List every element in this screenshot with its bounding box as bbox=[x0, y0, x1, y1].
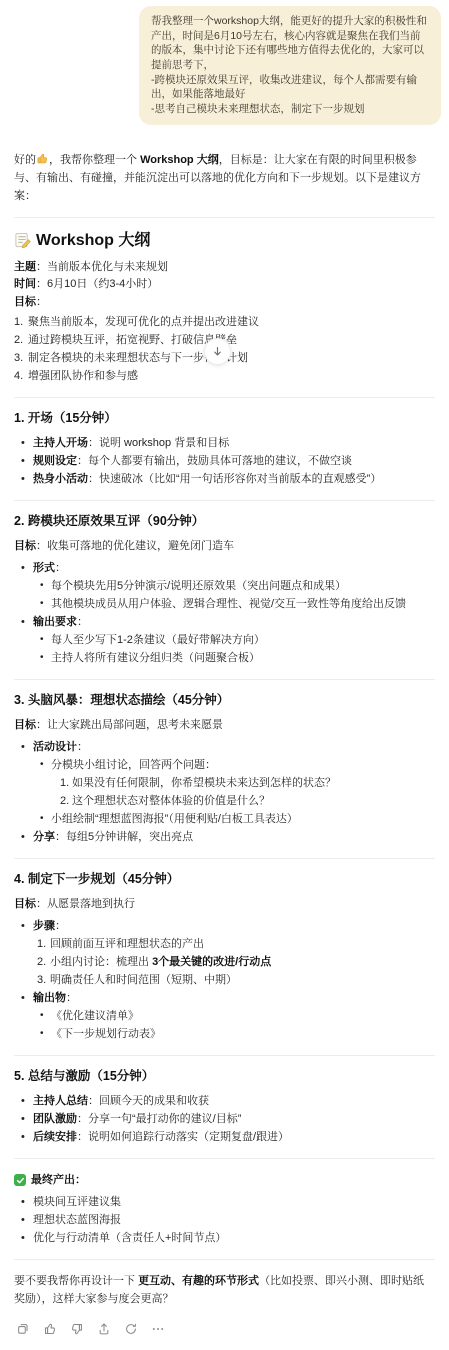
bullet-list: 主持人总结：回顾今天的成果和收获 团队激励：分享一句“最打动你的建议/目标” 后… bbox=[14, 1092, 435, 1146]
sub-bullet-list: 《优化建议清单》 《下一步规划行动表》 bbox=[14, 1007, 435, 1043]
section-heading: 5. 总结与激励（15分钟） bbox=[14, 1068, 435, 1085]
user-message-row: 帮我整理一个workshop大纲，能更好的提升大家的积极性和产出，时间是6月10… bbox=[0, 0, 449, 125]
bullet-text: ： bbox=[77, 741, 88, 753]
bullet-label: 后续安排 bbox=[33, 1131, 77, 1143]
outline-title-text: Workshop 大纲 bbox=[36, 231, 150, 251]
outline-title: Workshop 大纲 bbox=[14, 231, 435, 251]
user-message-line: 帮我整理一个workshop大纲，能更好的提升大家的积极性和产出，时间是6月10… bbox=[151, 14, 429, 73]
sub-bullet-item: 其他模块成员从用户体验、逻辑合理性、视觉/交互一致性等角度给出反馈 bbox=[14, 595, 435, 613]
thumbs-up-emoji bbox=[36, 152, 49, 165]
copy-button[interactable] bbox=[14, 1320, 32, 1338]
bullet-item: 团队激励：分享一句“最打动你的建议/目标” bbox=[14, 1110, 435, 1128]
regenerate-button[interactable] bbox=[122, 1320, 140, 1338]
bullet-text: ：每个人都要有输出，鼓励具体可落地的建议，不做空谈 bbox=[77, 455, 352, 467]
bullet-list: 形式： bbox=[14, 559, 435, 577]
bullet-item: 规则设定：每个人都要有输出，鼓励具体可落地的建议，不做空谈 bbox=[14, 452, 435, 470]
goal-label: 目标 bbox=[14, 898, 36, 910]
divider bbox=[14, 500, 435, 501]
share-icon bbox=[97, 1322, 111, 1336]
sub-bullet-item: 小组绘制“理想蓝图海报”（用便利贴/白板工具表达） bbox=[14, 810, 435, 828]
bullet-item: 分享：每组5分钟讲解，突出亮点 bbox=[14, 828, 435, 846]
final-output-label-wrap: 最终产出： bbox=[31, 1171, 86, 1189]
step-bold-text: 3个最关键的改进/行动点 bbox=[152, 956, 271, 968]
bullet-text: ：说明如何追踪行动落实（定期复盘/跟进） bbox=[77, 1131, 289, 1143]
thumbs-up-icon bbox=[43, 1322, 57, 1336]
divider bbox=[14, 858, 435, 859]
meta-value: ：6月10日（约3-4小时） bbox=[36, 278, 158, 290]
meta-goal: 目标： bbox=[14, 294, 435, 312]
bullet-text: ：每组5分钟讲解，突出亮点 bbox=[55, 831, 193, 843]
meta-label: 目标 bbox=[14, 296, 36, 308]
bullet-item: 理想状态蓝图海报 bbox=[14, 1211, 435, 1229]
bullet-list: 步骤： bbox=[14, 917, 435, 935]
question-item: 如果没有任何限制，你希望模块未来达到怎样的状态？ bbox=[14, 774, 435, 792]
bullet-text: ： bbox=[77, 616, 88, 628]
bullet-item: 后续安排：说明如何追踪行动落实（定期复盘/跟进） bbox=[14, 1128, 435, 1146]
sub-bullet-list: 每个模块先用5分钟演示/说明还原效果（突出问题点和成果） 其他模块成员从用户体验… bbox=[14, 577, 435, 613]
sub-bullet-item: 分模块小组讨论，回答两个问题： bbox=[14, 756, 435, 774]
bullet-list: 主持人开场：说明 workshop 背景和目标 规则设定：每个人都要有输出，鼓励… bbox=[14, 434, 435, 488]
message-action-bar bbox=[0, 1308, 449, 1342]
regenerate-icon bbox=[124, 1322, 138, 1336]
sub-bullet-item: 每个模块先用5分钟演示/说明还原效果（突出问题点和成果） bbox=[14, 577, 435, 595]
sub-bullet-list: 小组绘制“理想蓝图海报”（用便利贴/白板工具表达） bbox=[14, 810, 435, 828]
outline-meta: 主题：当前版本优化与未来规划 时间：6月10日（约3-4小时） 目标： bbox=[14, 259, 435, 312]
divider bbox=[14, 1259, 435, 1260]
user-message-line: -思考自己模块未来理想状态，制定下一步规划 bbox=[151, 102, 429, 117]
more-icon bbox=[151, 1322, 165, 1336]
bullet-list: 模块间互评建议集 理想状态蓝图海报 优化与行动清单（含责任人+时间节点） bbox=[14, 1193, 435, 1247]
bullet-list: 活动设计： bbox=[14, 738, 435, 756]
sub-bullet-item: 主持人将所有建议分组归类（问题聚合板） bbox=[14, 649, 435, 667]
intro-text: 好的 bbox=[14, 154, 36, 166]
section-heading: 3. 头脑风暴：理想状态描绘（45分钟） bbox=[14, 692, 435, 709]
section-peer-review: 2. 跨模块还原效果互评（90分钟） 目标：收集可落地的优化建议，避免闭门造车 … bbox=[14, 513, 435, 667]
goal-text: ：从愿景落地到执行 bbox=[36, 898, 135, 910]
scroll-to-bottom-button[interactable] bbox=[204, 338, 231, 365]
closing-bold-text: 更互动、有趣的环节形式 bbox=[138, 1275, 259, 1287]
bullet-item: 形式： bbox=[14, 559, 435, 577]
bullet-label: 主持人总结 bbox=[33, 1095, 88, 1107]
sub-bullet-item: 《下一步规划行动表》 bbox=[14, 1025, 435, 1043]
bullet-item: 主持人开场：说明 workshop 背景和目标 bbox=[14, 434, 435, 452]
section-next-steps: 4. 制定下一步规划（45分钟） 目标：从愿景落地到执行 步骤： 回顾前面互评和… bbox=[14, 871, 435, 1043]
section-brainstorm: 3. 头脑风暴：理想状态描绘（45分钟） 目标：让大家跳出局部问题，思考未来愿景… bbox=[14, 692, 435, 846]
question-item: 这个理想状态对整体体验的价值是什么？ bbox=[14, 792, 435, 810]
thumbs-down-button[interactable] bbox=[68, 1320, 86, 1338]
meta-topic: 主题：当前版本优化与未来规划 bbox=[14, 259, 435, 277]
divider bbox=[14, 397, 435, 398]
bullet-item: 主持人总结：回顾今天的成果和收获 bbox=[14, 1092, 435, 1110]
intro-text: ，我帮你整理一个 bbox=[49, 154, 140, 166]
section-opening: 1. 开场（15分钟） 主持人开场：说明 workshop 背景和目标 规则设定… bbox=[14, 410, 435, 488]
assistant-message: 好的，我帮你整理一个 Workshop 大纲，目标是：让大家在有限的时间里积极参… bbox=[0, 151, 449, 1309]
bullet-text: ： bbox=[55, 562, 66, 574]
bullet-text: ：分享一句“最打动你的建议/目标” bbox=[77, 1113, 241, 1125]
user-message-line: -跨模块还原效果互评，收集改进建议，每个人都需要有输出，如果能落地最好 bbox=[151, 73, 429, 102]
meta-time: 时间：6月10日（约3-4小时） bbox=[14, 276, 435, 294]
bullet-label: 活动设计 bbox=[33, 741, 77, 753]
bullet-item: 优化与行动清单（含责任人+时间节点） bbox=[14, 1229, 435, 1247]
goal-item: 增强团队协作和参与感 bbox=[14, 367, 435, 385]
bullet-list: 分享：每组5分钟讲解，突出亮点 bbox=[14, 828, 435, 846]
goal-label: 目标 bbox=[14, 719, 36, 731]
bullet-item: 热身小活动：快速破冰（比如“用一句话形容你对当前版本的直观感受”） bbox=[14, 470, 435, 488]
intro-paragraph: 好的，我帮你整理一个 Workshop 大纲，目标是：让大家在有限的时间里积极参… bbox=[14, 151, 435, 205]
section-goal: 目标：收集可落地的优化建议，避免闭门造车 bbox=[14, 537, 435, 555]
bullet-item: 活动设计： bbox=[14, 738, 435, 756]
bullet-label: 团队激励 bbox=[33, 1113, 77, 1125]
section-heading: 4. 制定下一步规划（45分钟） bbox=[14, 871, 435, 888]
bullet-label: 输出物 bbox=[33, 992, 66, 1004]
sub-bullet-list: 分模块小组讨论，回答两个问题： bbox=[14, 756, 435, 774]
final-output-label: 最终产出 bbox=[31, 1174, 75, 1186]
goal-item: 聚焦当前版本，发现可优化的点并提出改进建议 bbox=[14, 313, 435, 331]
bullet-label: 主持人开场 bbox=[33, 437, 88, 449]
intro-bold-text: Workshop 大纲 bbox=[140, 154, 219, 166]
copy-icon bbox=[16, 1322, 30, 1336]
divider bbox=[14, 217, 435, 218]
goal-text: ：收集可落地的优化建议，避免闭门造车 bbox=[36, 540, 234, 552]
bullet-label: 输出要求 bbox=[33, 616, 77, 628]
bullet-label: 形式 bbox=[33, 562, 55, 574]
share-button[interactable] bbox=[95, 1320, 113, 1338]
bullet-text: ： bbox=[66, 992, 77, 1004]
meta-value: ：当前版本优化与未来规划 bbox=[36, 261, 168, 273]
step-item: 明确责任人和时间范围（短期、中期） bbox=[14, 971, 435, 989]
bullet-label: 分享 bbox=[33, 831, 55, 843]
bullet-label: 热身小活动 bbox=[33, 473, 88, 485]
bullet-label: 步骤 bbox=[33, 920, 55, 932]
final-output-colon: ： bbox=[75, 1174, 86, 1186]
bullet-list: 输出要求： bbox=[14, 613, 435, 631]
section-heading: 2. 跨模块还原效果互评（90分钟） bbox=[14, 513, 435, 530]
sub-bullet-list: 每人至少写下1-2条建议（最好带解决方向） 主持人将所有建议分组归类（问题聚合板… bbox=[14, 631, 435, 667]
closing-text: 要不要我帮你再设计一下 bbox=[14, 1275, 138, 1287]
closing-paragraph: 要不要我帮你再设计一下 更互动、有趣的环节形式（比如投票、即兴小测、即时贴纸奖励… bbox=[14, 1272, 435, 1308]
step-text: 小组内讨论：梳理出 bbox=[50, 956, 152, 968]
step-item: 小组内讨论：梳理出 3个最关键的改进/行动点 bbox=[14, 953, 435, 971]
final-output-heading: 最终产出： bbox=[14, 1171, 435, 1189]
bullet-item: 输出要求： bbox=[14, 613, 435, 631]
arrow-down-icon bbox=[211, 345, 224, 358]
memo-icon bbox=[14, 232, 31, 249]
divider bbox=[14, 679, 435, 680]
more-button[interactable] bbox=[149, 1320, 167, 1338]
bullet-item: 步骤： bbox=[14, 917, 435, 935]
user-message-bubble: 帮我整理一个workshop大纲，能更好的提升大家的积极性和产出，时间是6月10… bbox=[139, 6, 441, 125]
section-goal: 目标：从愿景落地到执行 bbox=[14, 895, 435, 913]
goal-text: ：让大家跳出局部问题，思考未来愿景 bbox=[36, 719, 223, 731]
section-heading: 1. 开场（15分钟） bbox=[14, 410, 435, 427]
divider bbox=[14, 1158, 435, 1159]
step-list: 回顾前面互评和理想状态的产出 小组内讨论：梳理出 3个最关键的改进/行动点 明确… bbox=[14, 935, 435, 989]
bullet-label: 规则设定 bbox=[33, 455, 77, 467]
bullet-item: 模块间互评建议集 bbox=[14, 1193, 435, 1211]
sub-bullet-item: 《优化建议清单》 bbox=[14, 1007, 435, 1025]
bullet-text: ：快速破冰（比如“用一句话形容你对当前版本的直观感受”） bbox=[88, 473, 381, 485]
thumbs-down-icon bbox=[70, 1322, 84, 1336]
bullet-text: ：回顾今天的成果和收获 bbox=[88, 1095, 209, 1107]
bullet-list: 输出物： bbox=[14, 989, 435, 1007]
section-final-output: 最终产出： 模块间互评建议集 理想状态蓝图海报 优化与行动清单（含责任人+时间节… bbox=[14, 1171, 435, 1247]
section-summary: 5. 总结与激励（15分钟） 主持人总结：回顾今天的成果和收获 团队激励：分享一… bbox=[14, 1068, 435, 1146]
section-goal: 目标：让大家跳出局部问题，思考未来愿景 bbox=[14, 716, 435, 734]
meta-label: 时间 bbox=[14, 278, 36, 290]
divider bbox=[14, 1055, 435, 1056]
step-item: 回顾前面互评和理想状态的产出 bbox=[14, 935, 435, 953]
goal-label: 目标 bbox=[14, 540, 36, 552]
meta-value: ： bbox=[36, 296, 47, 308]
thumbs-up-button[interactable] bbox=[41, 1320, 59, 1338]
question-list: 如果没有任何限制，你希望模块未来达到怎样的状态？ 这个理想状态对整体体验的价值是… bbox=[14, 774, 435, 810]
bullet-item: 输出物： bbox=[14, 989, 435, 1007]
check-mark-icon bbox=[14, 1174, 26, 1186]
meta-label: 主题 bbox=[14, 261, 36, 273]
bullet-text: ： bbox=[55, 920, 66, 932]
sub-bullet-item: 每人至少写下1-2条建议（最好带解决方向） bbox=[14, 631, 435, 649]
chat-page: 帮我整理一个workshop大纲，能更好的提升大家的积极性和产出，时间是6月10… bbox=[0, 0, 449, 1350]
bullet-text: ：说明 workshop 背景和目标 bbox=[88, 437, 229, 449]
